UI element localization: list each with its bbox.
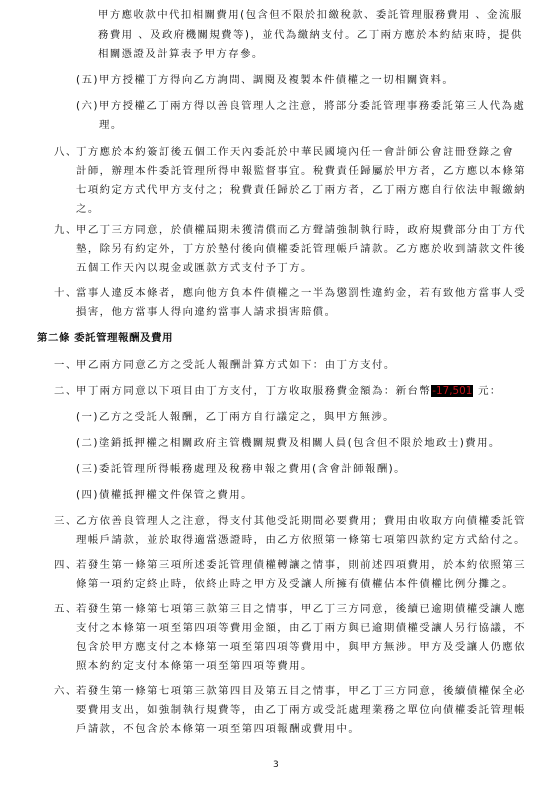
item-text: 若發生第一條第三項所述委託管理債權轉讓之情事，則前述四項費用，於本約依照第三 (76, 558, 526, 572)
item-marker: 十、 (54, 286, 78, 300)
item-marker: 六、 (54, 684, 78, 698)
item-text: 戶請款，不包含於本條第一項至第四項報酬或費用中。 (76, 722, 360, 736)
sub-item-marker: (五) (76, 73, 99, 87)
item-text: 條第一項約定終止時，依終止時之甲方及受讓人所擁有債權佔本件債權比例分攤之。 (76, 577, 514, 591)
item-text: 當事人違反本條者，應向他方負本件債權之一半為懲罰性違約金，若有致他方當事人受 (76, 286, 526, 300)
item-text: 七項約定方式代甲方支付之；稅費責任歸於乙丁兩方者，乙丁兩方應自行依法申報繳納 (76, 183, 526, 197)
item-marker: 三、 (54, 514, 78, 528)
sub-item-marker: (四) (76, 488, 99, 502)
item-marker: 二、 (54, 384, 78, 398)
item-text: 乙方依善良管理人之注意，得支付其他受託期間必要費用；費用由收取方向債權委託管 (76, 514, 526, 528)
item-text: 五個工作天內以現金或匯款方式支付予丁方。 (76, 261, 313, 275)
sub-item-text: 理。 (99, 118, 123, 132)
page-number: 3 (273, 760, 279, 770)
item-marker: 一、 (54, 358, 78, 372)
item-text: 若發生第一條第七項第三款第三目之情事，甲乙丁三方同意，後續已逾期債權受讓人應 (76, 602, 526, 616)
item-text: 照本約約定支付本條第一項至第四項等費用。 (76, 659, 313, 673)
item-text: 甲乙兩方同意乙方之受託人報酬計算方式如下：由丁方支付。 (76, 358, 396, 372)
item-text: 支付之本條第一項至第四項等費用金額，由乙丁兩方與已逾期債權受讓人另行協議，不 (76, 621, 526, 635)
sub-item-marker: (六) (76, 99, 99, 113)
item-text: 若發生第一條第七項第三款第四目及第五目之情事，甲乙丁三方同意，後續債權保全必 (76, 684, 526, 698)
item-marker: 八、 (54, 145, 78, 159)
sub-item-text: 委託管理所得帳務處理及稅務申報之費用(含會計師報酬)。 (99, 462, 406, 476)
item-marker: 四、 (54, 558, 78, 572)
paragraph-line: 務費用 、及政府機關規費等)，並代為繳納支付。乙丁兩方應於本約結束時，提供 (98, 28, 523, 42)
item-text: 丁方應於本約簽訂後五個工作天內委託於中華民國境內任一會計師公會註冊登錄之會 (76, 145, 514, 159)
sub-item-marker: (一) (76, 410, 99, 424)
item-text: 要費用支出，如強制執行規費等，由乙丁兩方或受託處理業務之單位向債權委託管理帳 (76, 703, 526, 717)
item-text-before: 甲丁兩方同意以下項目由丁方支付，丁方收取服務費金額為：新台幣 (76, 385, 431, 397)
item-text: 理帳戶請款，並於取得適當憑證時，由乙方依照第一條第七項第四款約定方式給付之。 (76, 533, 526, 547)
document-page: 甲方應收款中代扣相關費用(包含但不限於扣繳稅款、委託管理服務費用 、金流服 務費… (0, 0, 553, 795)
sub-item-marker: (三) (76, 462, 99, 476)
sub-item-text: 塗銷抵押權之相關政府主管機關規費及相關人員(包含但不限於地政士)費用。 (99, 436, 501, 450)
item-marker: 九、 (54, 223, 78, 237)
paragraph-line: 相關憑證及計算表予甲方存參。 (98, 47, 264, 61)
item-text: 墊，除另有約定外，丁方於墊付後向債權委託管理帳戶請款。乙方應於收到請款文件後 (76, 242, 526, 256)
sub-item-text: 甲方授權乙丁兩方得以善良管理人之注意，將部分委託管理事務委託第三人代為處 (99, 99, 525, 113)
highlighted-amount: -17,501 (431, 385, 473, 397)
item-text: 之。 (76, 202, 100, 216)
item-text: 計師，辦理本件委託管理所得申報監督事宜。稅費責任歸屬於甲方者，乙方應以本條第 (76, 164, 526, 178)
sub-item-text: 甲方授權丁方得向乙方詢問、調閱及複製本件債權之一切相關資料。 (99, 73, 454, 87)
item-text-after: 元： (473, 385, 501, 397)
sub-item-text: 債權抵押權文件保管之費用。 (99, 488, 253, 502)
section-heading: 第二條 委託管理報酬及費用 (37, 331, 173, 345)
paragraph-line: 甲方應收款中代扣相關費用(包含但不限於扣繳稅款、委託管理服務費用 、金流服 (98, 8, 523, 22)
item-text: 甲丁兩方同意以下項目由丁方支付，丁方收取服務費金額為：新台幣-17,501 元： (76, 384, 502, 398)
item-text: 甲乙丁三方同意，於債權屆期未獲清償而乙方聲請強制執行時，政府規費部分由丁方代 (76, 223, 526, 237)
item-marker: 五、 (54, 602, 78, 616)
sub-item-text: 乙方之受託人報酬，乙丁兩方自行議定之，與甲方無涉。 (99, 410, 395, 424)
sub-item-marker: (二) (76, 436, 99, 450)
item-text: 包含於甲方應支付之本條第一項至第四項等費用中，與甲方無涉。甲方及受讓人仍應依 (76, 640, 526, 654)
item-text: 損害，他方當事人得向違約當事人請求損害賠償。 (76, 305, 337, 319)
